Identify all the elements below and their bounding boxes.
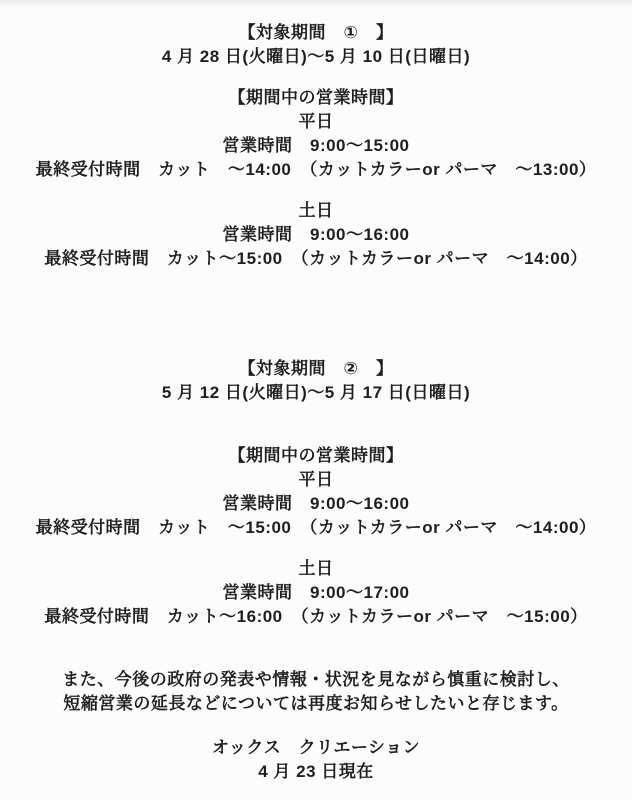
period-2-heading: 【対象期間 ② 】	[0, 357, 632, 381]
period-2-weekend-label: 土日	[0, 557, 632, 581]
period-2-date-range: 5 月 12 日(火曜日)～5 月 17 日(日曜日)	[0, 381, 632, 405]
signature-name: オックス クリエーション	[0, 736, 632, 760]
period-1-weekend-label: 土日	[0, 199, 632, 223]
period-2-weekday-last-reception: 最終受付時間 カット ～15:00 （カットカラーor パーマ ～14:00）	[0, 516, 632, 540]
closing-note-line-1: また、今後の政府の発表や情報・状況を見ながら慎重に検討し、	[0, 668, 632, 692]
period-1-weekday-label: 平日	[0, 110, 632, 134]
period-2-hours-heading: 【期間中の営業時間】	[0, 444, 632, 468]
period-1-section: 【対象期間 ① 】 4 月 28 日(火曜日)～5 月 10 日(日曜日) 【期…	[0, 21, 632, 271]
signature-section: オックス クリエーション 4 月 23 日現在	[0, 736, 632, 784]
period-2-weekday-label: 平日	[0, 468, 632, 492]
period-2-section: 【対象期間 ② 】 5 月 12 日(火曜日)～5 月 17 日(日曜日) 【期…	[0, 357, 632, 629]
closing-note-line-2: 短縮営業の延長などについては再度お知らせしたいと存じます。	[0, 692, 632, 716]
period-1-date-range: 4 月 28 日(火曜日)～5 月 10 日(日曜日)	[0, 45, 632, 69]
period-1-weekend-hours: 営業時間 9:00～16:00	[0, 223, 632, 247]
period-1-weekend-last-reception: 最終受付時間 カット～15:00 （カットカラーor パーマ ～14:00）	[0, 247, 632, 271]
closing-note-section: また、今後の政府の発表や情報・状況を見ながら慎重に検討し、 短縮営業の延長などに…	[0, 668, 632, 716]
announcement-document: 【対象期間 ① 】 4 月 28 日(火曜日)～5 月 10 日(日曜日) 【期…	[0, 0, 632, 784]
signature-as-of-date: 4 月 23 日現在	[0, 760, 632, 784]
period-2-weekend-hours: 営業時間 9:00～17:00	[0, 581, 632, 605]
period-2-weekend-last-reception: 最終受付時間 カット～16:00 （カットカラーor パーマ ～15:00）	[0, 605, 632, 629]
period-1-weekday-last-reception: 最終受付時間 カット ～14:00 （カットカラーor パーマ ～13:00）	[0, 158, 632, 182]
period-2-weekday-hours: 営業時間 9:00～16:00	[0, 492, 632, 516]
period-1-heading: 【対象期間 ① 】	[0, 21, 632, 45]
period-1-hours-heading: 【期間中の営業時間】	[0, 86, 632, 110]
period-1-weekday-hours: 営業時間 9:00～15:00	[0, 134, 632, 158]
